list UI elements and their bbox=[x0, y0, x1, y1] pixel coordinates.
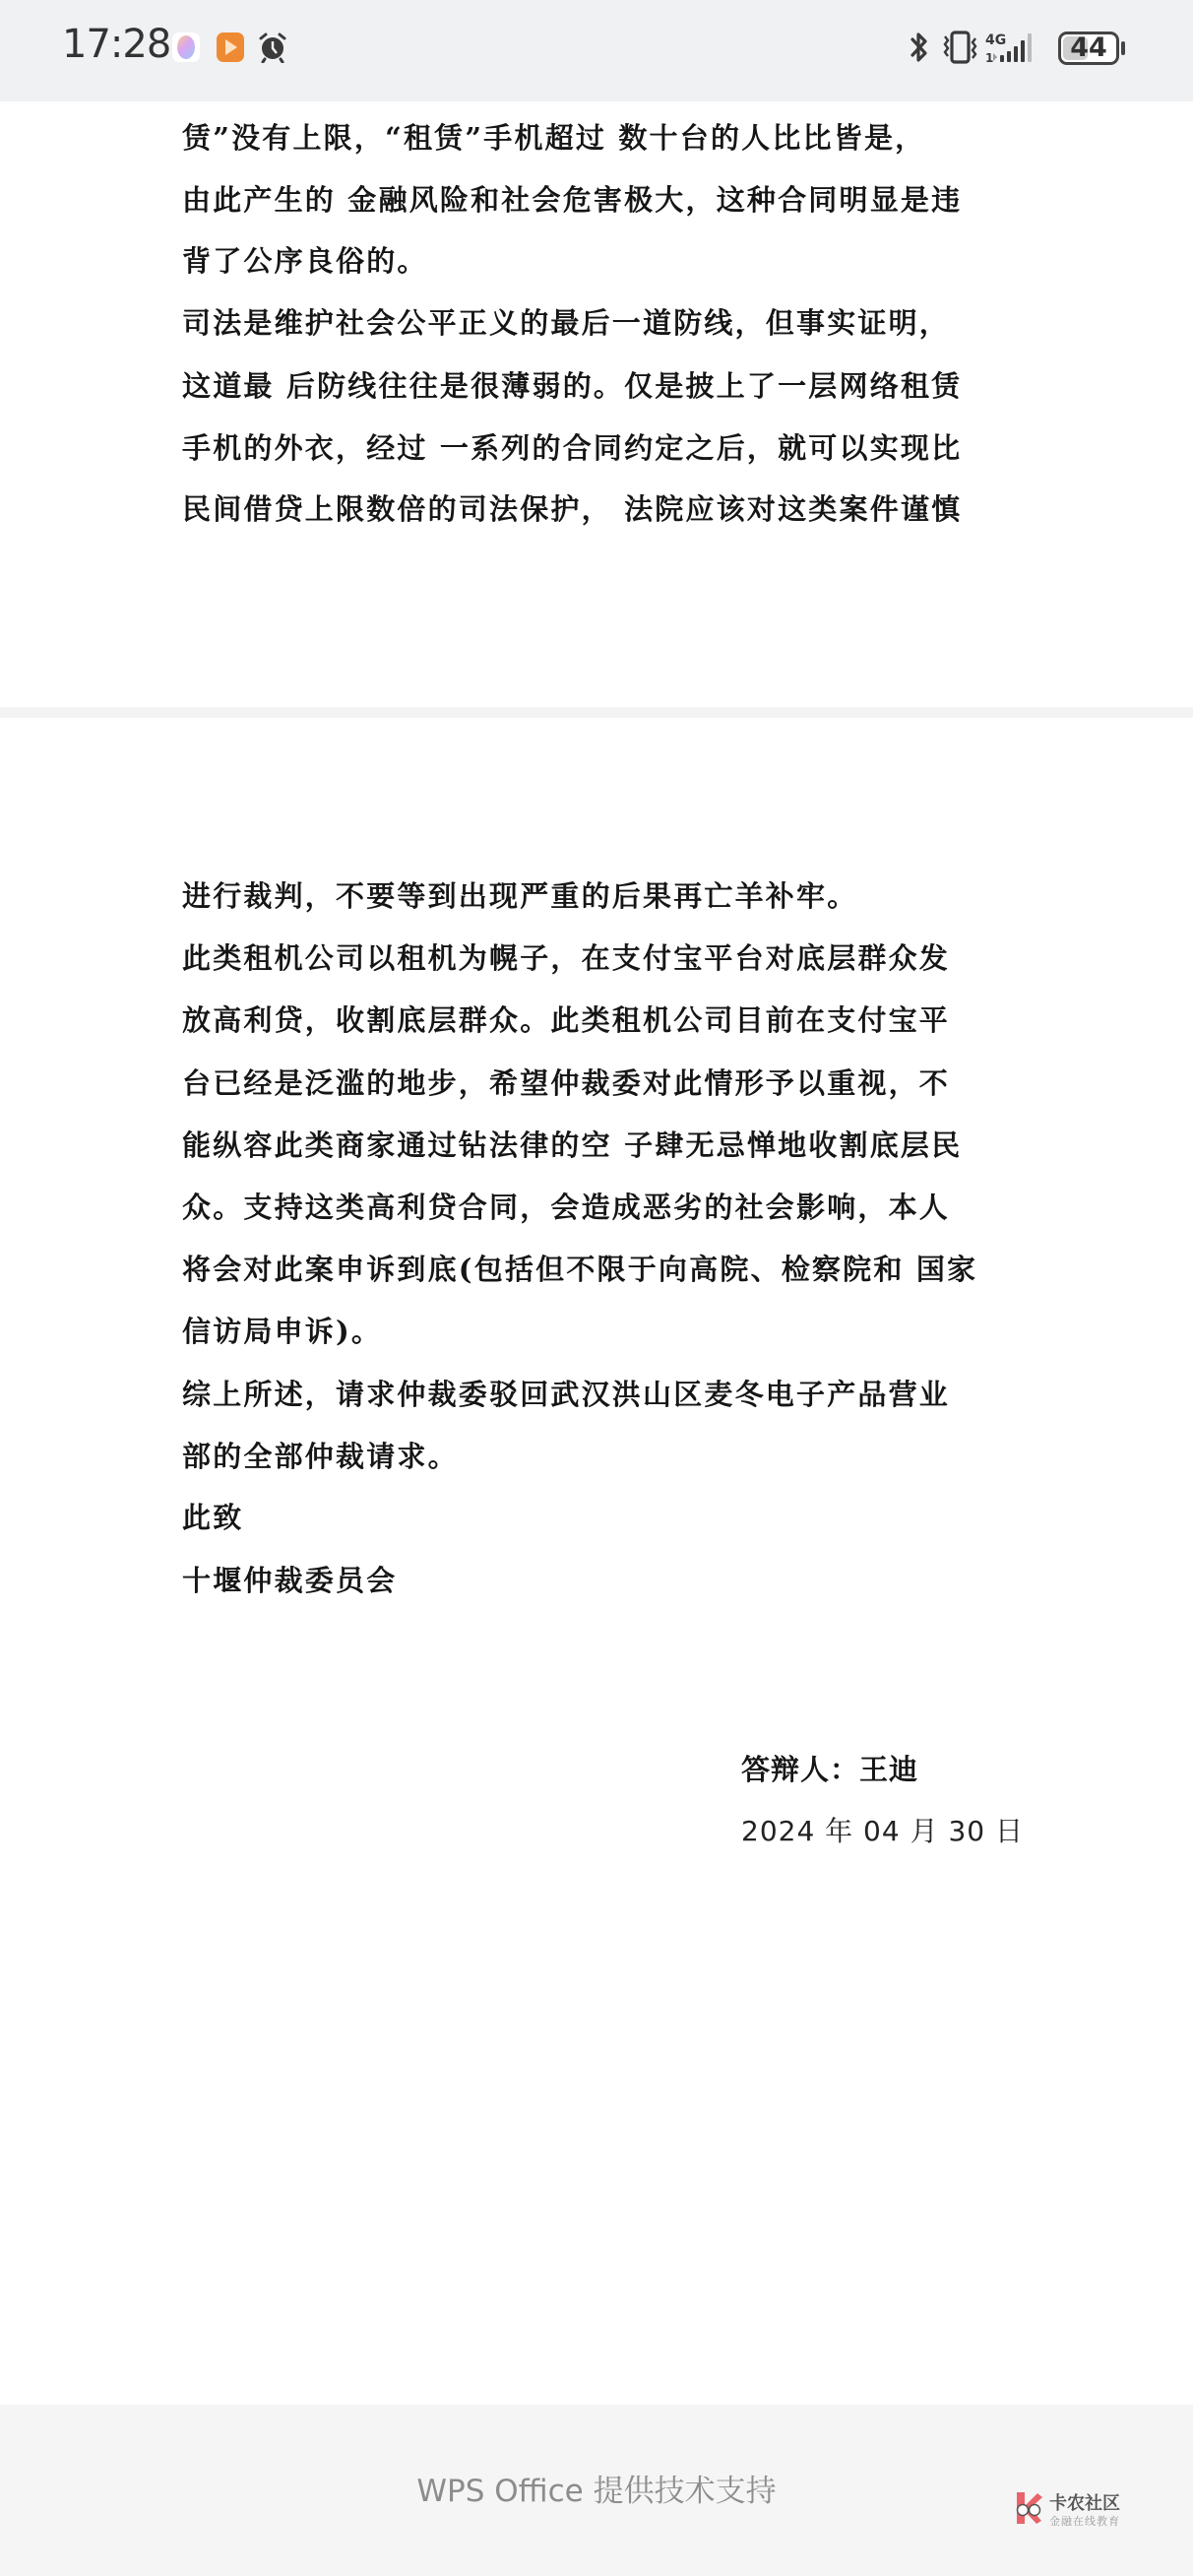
4g-signal-icon: 4G 1 bbox=[985, 30, 1046, 65]
battery-level: 44 bbox=[1061, 32, 1116, 63]
network-type-label: 4G bbox=[985, 32, 1006, 48]
watermark-subtitle: 金融在线教育 bbox=[1049, 2513, 1120, 2529]
doc-line: 将会对此案申诉到底(包括但不限于向高院、检察院和 国家 bbox=[182, 1250, 977, 1289]
doc-line: 信访局申诉)。 bbox=[182, 1312, 382, 1351]
document-page-2: 进行裁判，不要等到出现严重的后果再亡羊补牢。 此类租机公司以租机为幌子，在支付宝… bbox=[0, 718, 1193, 2405]
document-date: 2024 年 04 月 30 日 bbox=[741, 1812, 1024, 1851]
doc-line: 放高利贷，收割底层群众。此类租机公司目前在支付宝平 bbox=[182, 1000, 950, 1040]
alarm-icon bbox=[258, 32, 287, 63]
doc-line: 手机的外衣，经过 一系列的合同约定之后，就可以实现比 bbox=[182, 428, 962, 468]
doc-line: 由此产生的 金融风险和社会危害极大，这种合同明显是违 bbox=[182, 180, 962, 220]
doc-line: 此类租机公司以租机为幌子，在支付宝平台对底层群众发 bbox=[182, 938, 950, 978]
video-app-icon bbox=[217, 32, 244, 62]
clock-time: 17:28 bbox=[62, 22, 170, 67]
doc-line: 综上所述，请求仲裁委驳回武汉洪山区麦冬电子产品营业 bbox=[182, 1375, 950, 1414]
watermark: 卡农社区 金融在线教育 bbox=[1014, 2489, 1181, 2529]
vibrate-icon bbox=[941, 30, 980, 65]
svg-text:1: 1 bbox=[985, 51, 993, 65]
gallery-app-icon bbox=[172, 32, 200, 62]
bluetooth-icon bbox=[910, 30, 929, 65]
status-bar: 17:28 4G 1 bbox=[0, 0, 1193, 101]
battery-indicator: 44 bbox=[1058, 32, 1119, 65]
doc-line: 赁”没有上限，“租赁”手机超过 数十台的人比比皆是， bbox=[182, 118, 925, 158]
doc-line: 司法是维护社会公平正义的最后一道防线，但事实证明， bbox=[182, 303, 950, 343]
doc-line: 进行裁判，不要等到出现严重的后果再亡羊补牢。 bbox=[182, 876, 857, 916]
doc-line: 台已经是泛滥的地步，希望仲裁委对此情形予以重视，不 bbox=[182, 1063, 950, 1103]
document-page-1: 赁”没有上限，“租赁”手机超过 数十台的人比比皆是， 由此产生的 金融风险和社会… bbox=[0, 101, 1193, 707]
recipient: 十堰仲裁委员会 bbox=[182, 1561, 397, 1600]
doc-line: 这道最 后防线往往是很薄弱的。仅是披上了一层网络租赁 bbox=[182, 366, 962, 406]
kanong-logo-icon bbox=[1014, 2491, 1043, 2525]
doc-line: 众。支持这类高利贷合同，会造成恶劣的社会影响，本人 bbox=[182, 1188, 950, 1227]
respondent-signature: 答辩人：王迪 bbox=[741, 1750, 918, 1789]
battery-tip bbox=[1121, 41, 1125, 55]
doc-line: 能纵容此类商家通过钻法律的空 子肆无忌惮地收割底层民 bbox=[182, 1126, 962, 1165]
doc-line: 部的全部仲裁请求。 bbox=[182, 1437, 459, 1476]
closing-salutation: 此致 bbox=[182, 1498, 243, 1537]
watermark-title: 卡农社区 bbox=[1049, 2489, 1120, 2515]
doc-line: 背了公序良俗的。 bbox=[182, 241, 428, 281]
doc-line: 民间借贷上限数倍的司法保护， 法院应该对这类案件谨慎 bbox=[182, 489, 962, 529]
